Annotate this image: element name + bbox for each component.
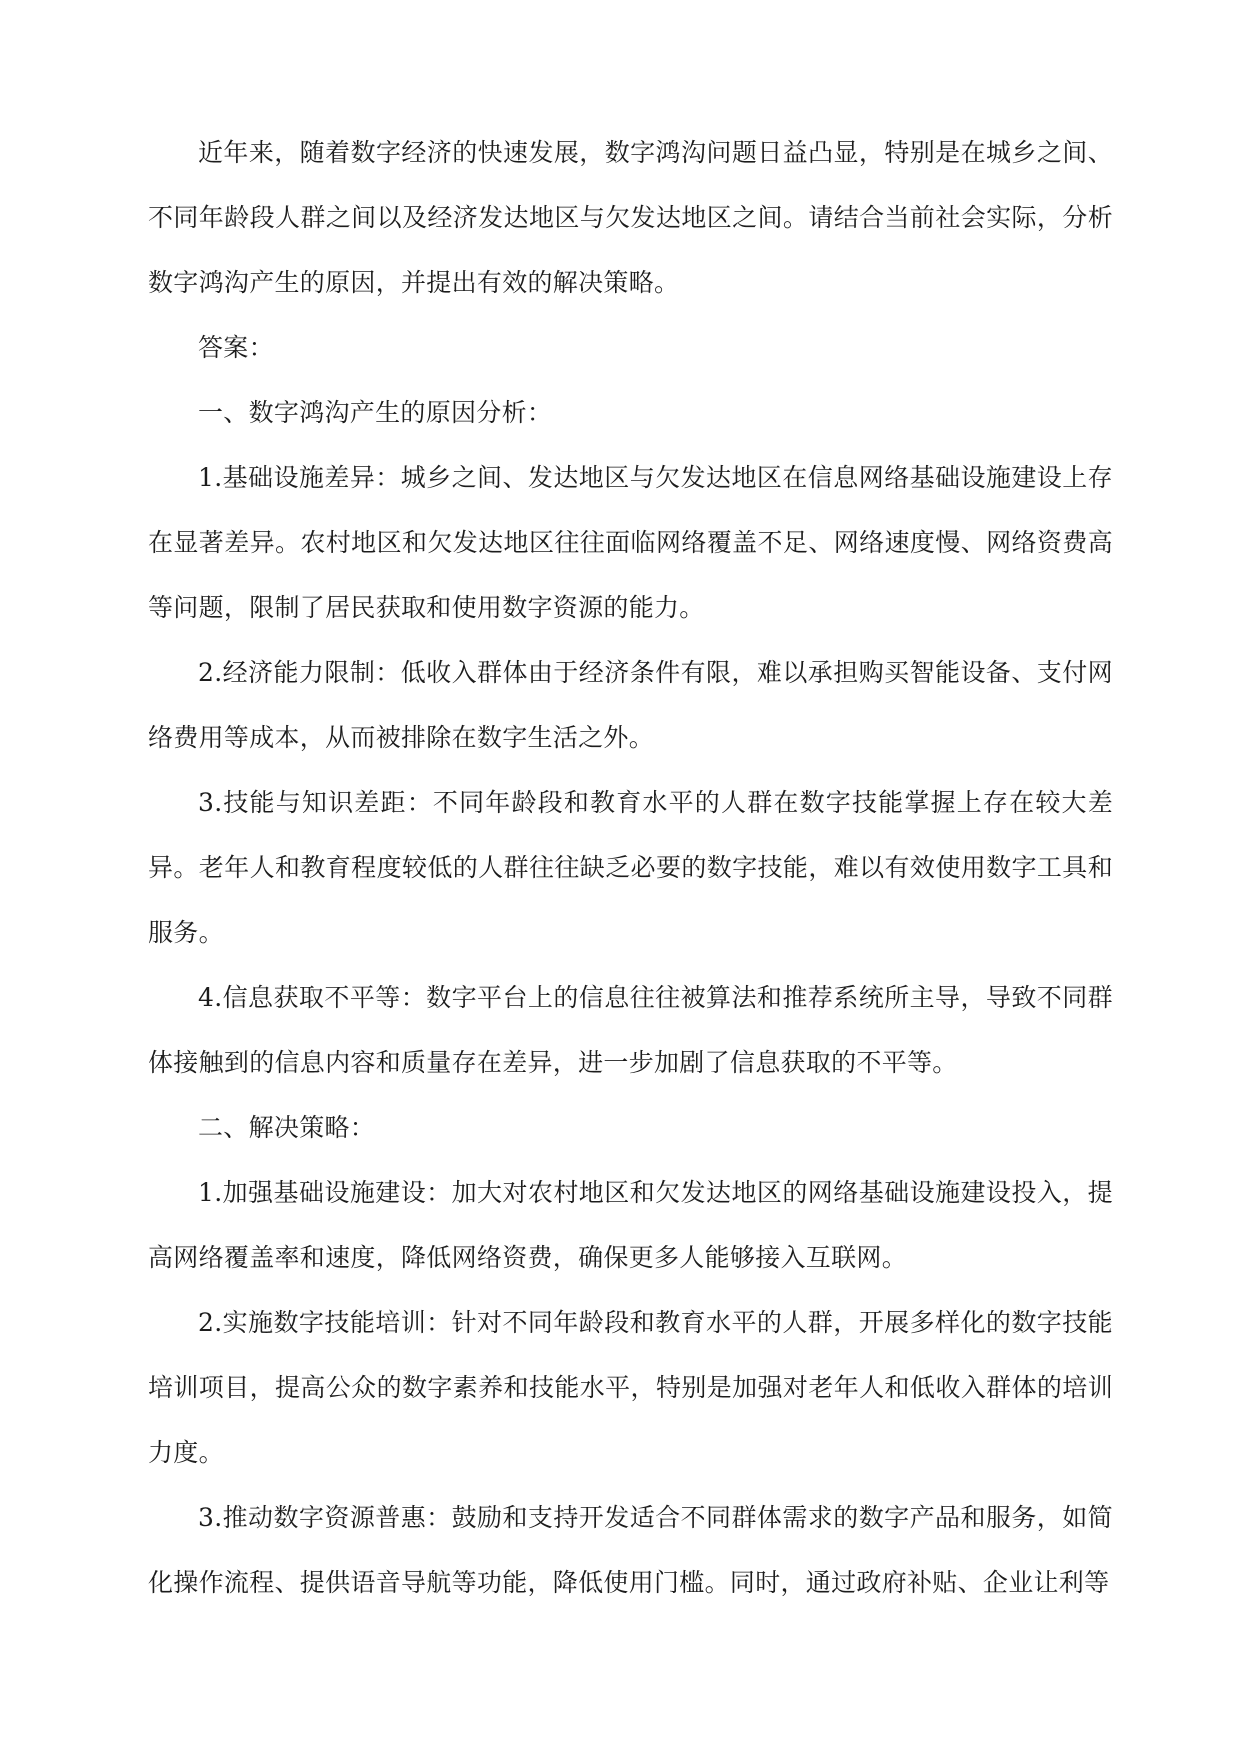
document-page: 近年来，随着数字经济的快速发展，数字鸿沟问题日益凸显，特别是在城乡之间、不同年龄… [0,0,1241,1754]
solution-item-2: 2.实施数字技能培训：针对不同年龄段和教育水平的人群，开展多样化的数字技能培训项… [148,1290,1113,1485]
question-paragraph: 近年来，随着数字经济的快速发展，数字鸿沟问题日益凸显，特别是在城乡之间、不同年龄… [148,120,1113,315]
solution-item-1: 1.加强基础设施建设：加大对农村地区和欠发达地区的网络基础设施建设投入，提高网络… [148,1160,1113,1290]
section-heading-causes: 一、数字鸿沟产生的原因分析： [148,380,1113,445]
cause-item-3: 3.技能与知识差距：不同年龄段和教育水平的人群在数字技能掌握上存在较大差异。老年… [148,770,1113,965]
document-body: 近年来，随着数字经济的快速发展，数字鸿沟问题日益凸显，特别是在城乡之间、不同年龄… [148,120,1113,1615]
solution-item-3: 3.推动数字资源普惠：鼓励和支持开发适合不同群体需求的数字产品和服务，如简化操作… [148,1485,1113,1615]
cause-item-1: 1.基础设施差异：城乡之间、发达地区与欠发达地区在信息网络基础设施建设上存在显著… [148,445,1113,640]
answer-label: 答案： [148,315,1113,380]
cause-item-4: 4.信息获取不平等：数字平台上的信息往往被算法和推荐系统所主导，导致不同群体接触… [148,965,1113,1095]
section-heading-solutions: 二、解决策略： [148,1095,1113,1160]
cause-item-2: 2.经济能力限制：低收入群体由于经济条件有限，难以承担购买智能设备、支付网络费用… [148,640,1113,770]
